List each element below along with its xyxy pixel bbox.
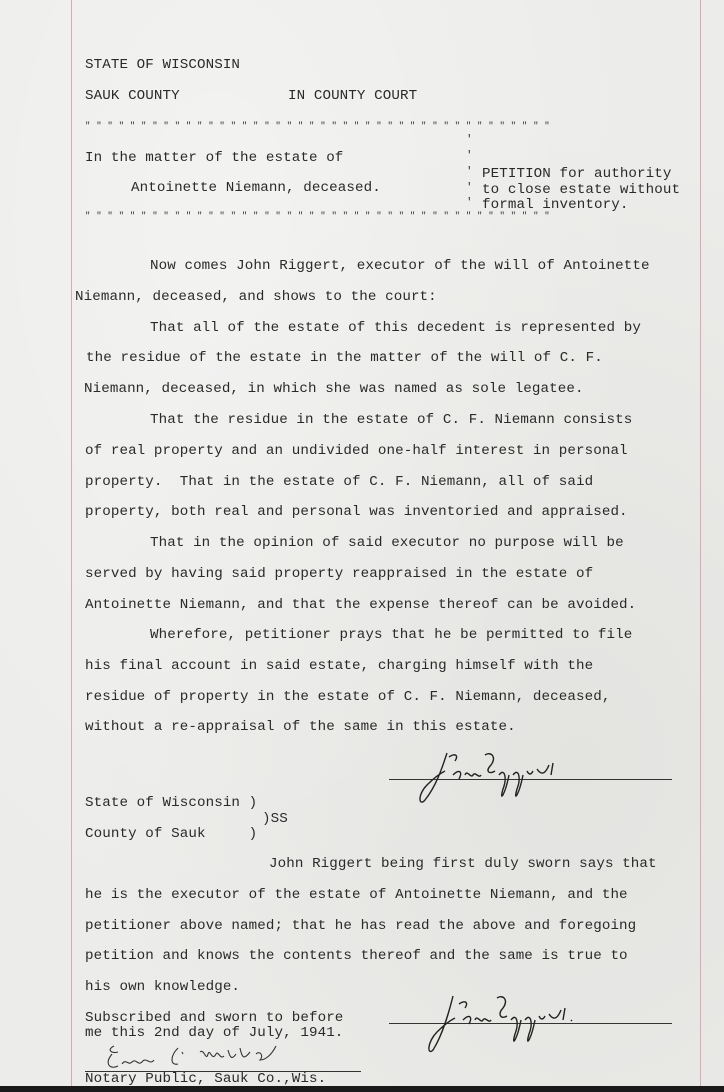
venue-ss: )SS (262, 811, 288, 827)
affidavit-line: petitioner above named; that he has read… (85, 918, 636, 934)
petition-title-1: PETITION for authority (482, 166, 672, 182)
affidavit-line: he is the executor of the estate of Anto… (85, 887, 628, 903)
venue-county: County of Sauk ) (85, 826, 257, 842)
bottom-edge (0, 1086, 724, 1092)
body-line: his final account in said estate, chargi… (85, 658, 593, 674)
body-line: Wherefore, petitioner prays that he be p… (150, 627, 632, 643)
affidavit-line: John Riggert being first duly sworn says… (269, 856, 657, 872)
affidavit-line: his own knowledge. (85, 979, 240, 995)
body-line: That all of the estate of this decedent … (150, 320, 641, 336)
body-line: Now comes John Riggert, executor of the … (150, 258, 650, 274)
caption-divider: ' (466, 150, 473, 162)
body-line: of real property and an undivided one-ha… (85, 443, 628, 459)
body-line: That the residue in the estate of C. F. … (150, 412, 632, 428)
caption-separator-bottom: " " " " " " " " " " " " " " " " " " " " … (85, 211, 550, 221)
body-line: That in the opinion of said executor no … (150, 535, 624, 551)
notary-signature (100, 1042, 320, 1072)
body-line: property. That in the estate of C. F. Ni… (85, 474, 593, 490)
jurat-line-2: me this 2nd day of July, 1941. (85, 1025, 343, 1041)
body-line: served by having said property reapprais… (85, 566, 593, 582)
body-line: residue of property in the estate of C. … (85, 689, 610, 705)
caption-divider: ' (466, 134, 473, 146)
state-heading: STATE OF WISCONSIN (85, 57, 240, 73)
jurat-line-1: Subscribed and sworn to before (85, 1010, 343, 1026)
caption-separator-top: " " " " " " " " " " " " " " " " " " " " … (85, 121, 550, 131)
notary-title: Notary Public, Sauk Co.,Wis. (85, 1071, 326, 1087)
body-line: the residue of the estate in the matter … (86, 350, 603, 366)
body-line: without a re-appraisal of the same in th… (85, 719, 516, 735)
caption-divider: ' (466, 182, 473, 194)
body-line: Niemann, deceased, in which she was name… (84, 381, 584, 397)
body-line: property, both real and personal was inv… (85, 504, 628, 520)
affidavit-line: petition and knows the contents thereof … (85, 948, 628, 964)
body-line: Niemann, deceased, and shows to the cour… (75, 289, 437, 305)
left-margin-line (71, 0, 72, 1086)
body-line: Antoinette Niemann, and that the expense… (85, 597, 636, 613)
venue-state: State of Wisconsin ) (85, 795, 257, 811)
caption-divider: ' (466, 166, 473, 178)
county-heading: SAUK COUNTY (85, 88, 180, 104)
court-heading: IN COUNTY COURT (288, 88, 417, 104)
executor-signature (415, 745, 595, 810)
petition-title-2: to close estate without (482, 182, 680, 198)
document-page: STATE OF WISCONSIN SAUK COUNTY IN COUNTY… (0, 0, 724, 1086)
right-margin-line (700, 0, 701, 1086)
caption-decedent: Antoinette Niemann, deceased. (131, 180, 381, 196)
caption-divider: ' (466, 197, 473, 209)
caption-matter: In the matter of the estate of (85, 150, 343, 166)
affiant-signature (425, 990, 605, 1060)
